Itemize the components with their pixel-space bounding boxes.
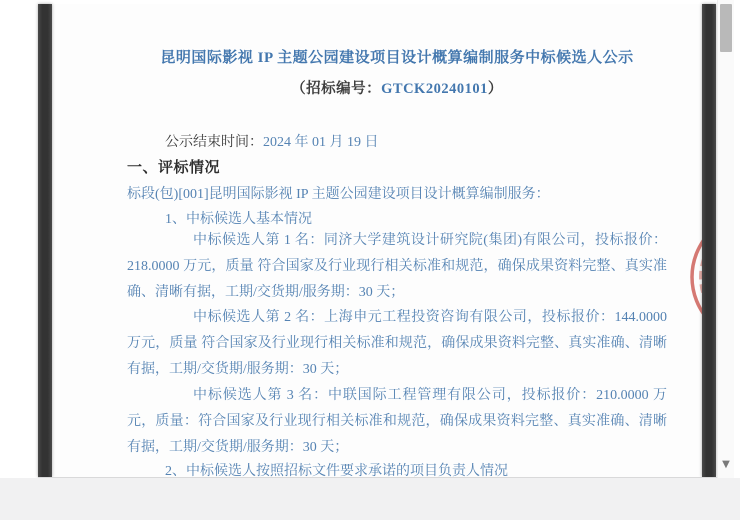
lot-package-line: 标段(包)[001]昆明国际影视 IP 主题公园建设项目设计概算编制服务： (127, 183, 687, 203)
scrollbar-down-arrow-icon[interactable]: ▼ (718, 456, 734, 474)
list-item-project-manager-info: 2、中标候选人按照招标文件要求承诺的项目负责人情况 (165, 460, 508, 477)
section-heading-evaluation: 一、评标情况 (127, 156, 220, 177)
scan-edge-left (38, 4, 52, 477)
publicity-end-time-line: 公示结束时间：2024 年 01 月 19 日 (165, 131, 379, 151)
document-content: 昆明国际影视 IP 主题公园建设项目设计概算编制服务中标候选人公示 （招标编号：… (52, 4, 702, 477)
scan-edge-right (702, 4, 716, 477)
tender-number-suffix: ） (488, 81, 503, 97)
tender-number-code: GTCK20240101 (381, 81, 488, 97)
tender-number-prefix: （招标编号： (291, 81, 381, 97)
vertical-scrollbar[interactable]: ▼ (717, 0, 734, 478)
document-title: 昆明国际影视 IP 主题公园建设项目设计概算编制服务中标候选人公示 (127, 46, 667, 67)
publicity-end-time-date: 2024 年 01 月 19 日 (263, 135, 379, 150)
candidate-paragraph-2: 中标候选人第 2 名：上海申元工程投资咨询有限公司，投标报价：144.0000 … (127, 305, 667, 384)
candidate-paragraph-1: 中标候选人第 1 名：同济大学建筑设计研究院(集团)有限公司，投标报价：218.… (127, 228, 667, 307)
scanned-document-page: 昆明国际影视 IP 主题公园建设项目设计概算编制服务中标候选人公示 （招标编号：… (38, 4, 716, 477)
publicity-end-time-label: 公示结束时间： (165, 135, 263, 150)
background-below-page (0, 478, 740, 520)
red-seal-stamp-icon (686, 207, 702, 347)
list-item-candidate-basic-info: 1、中标候选人基本情况 (165, 208, 312, 228)
candidate-paragraph-3: 中标候选人第 3 名：中联国际工程管理有限公司，投标报价：210.0000 万元… (127, 383, 667, 462)
scrollbar-thumb[interactable] (720, 4, 732, 52)
tender-number-line: （招标编号：GTCK20240101） (127, 77, 667, 98)
